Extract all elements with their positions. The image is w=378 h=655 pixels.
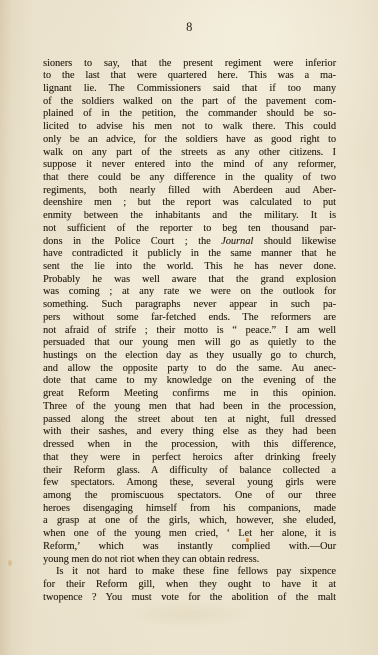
- text-line: enmity between the inhabitants and the m…: [43, 210, 336, 223]
- text-line: with their sashes, and every thing else …: [43, 426, 336, 439]
- text-line: Probably he was well aware that the gran…: [43, 274, 336, 287]
- text-line: walk on any part of the streets as any o…: [43, 147, 336, 160]
- text-line: something. Such paragraphs never appear …: [43, 299, 336, 312]
- text-line: Three of the young men that had been in …: [43, 401, 336, 414]
- paper-fleck: [246, 538, 249, 542]
- text-line: was coming ; at any rate we were on the …: [43, 286, 336, 299]
- text-line: hustings on the election day as they usu…: [43, 350, 336, 363]
- text-block: sioners to say, that the present regimen…: [43, 58, 336, 605]
- text-line: twopence ? You must vote for the aboliti…: [43, 592, 336, 605]
- text-line: passed along the street about ten at nig…: [43, 414, 336, 427]
- text-line: for their Reform gill, when they ought t…: [43, 579, 336, 592]
- text-line: that they were in perfect heroics after …: [43, 452, 336, 465]
- text-line: licited to advise his men not to walk th…: [43, 121, 336, 134]
- text-line: lignant lie. The Commissioners said that…: [43, 83, 336, 96]
- text-line: pers without some far-fetched ends. The …: [43, 312, 336, 325]
- text-line: a grasp at one of the girls, which, howe…: [43, 515, 336, 528]
- text-line: dressed when in the procession, with thi…: [43, 439, 336, 452]
- text-line: their Reform glass. A difficulty of bala…: [43, 465, 336, 478]
- paper-stain: [8, 560, 12, 566]
- text-line: deenshire men ; but the report was calcu…: [43, 197, 336, 210]
- text-line: young men do not riot when they can obta…: [43, 554, 336, 567]
- text-line: have contradicted it publicly in the sam…: [43, 248, 336, 261]
- text-line: persuaded that our young men will go as …: [43, 337, 336, 350]
- page-number: 8: [43, 20, 336, 35]
- text-line: only be an advice, for the soldiers have…: [43, 134, 336, 147]
- text-line: that there could be any difference in th…: [43, 172, 336, 185]
- line-segment: dons in the Police Court ; the: [43, 236, 221, 247]
- text-line: sent the lie into the world. This he has…: [43, 261, 336, 274]
- text-line: few spectators. Among these, several you…: [43, 477, 336, 490]
- journal-italic-word: Journal: [221, 236, 253, 247]
- line-segment: should likewise: [253, 236, 336, 247]
- text-line: to the last that were quartered here. Th…: [43, 70, 336, 83]
- text-line: plained of in the petition, the commande…: [43, 108, 336, 121]
- text-line: not afraid of strife ; their motto is “ …: [43, 325, 336, 338]
- text-line: when one of the young men cried, ‘ Let h…: [43, 528, 336, 541]
- text-line: dote that came to my knowledge on the ev…: [43, 375, 336, 388]
- text-line: suppose it never entered into the mind o…: [43, 159, 336, 172]
- text-line: dons in the Police Court ; the Journal s…: [43, 236, 336, 249]
- scanned-book-page: 8 sioners to say, that the present regim…: [0, 0, 378, 655]
- text-line: sioners to say, that the present regimen…: [43, 58, 336, 71]
- text-line: heroes disengaging himself from his comp…: [43, 503, 336, 516]
- text-line: Is it not hard to make these fine fellow…: [43, 566, 336, 579]
- text-line: of the soldiers walked on the part of th…: [43, 96, 336, 109]
- text-line: not sufficient of the reporter to beg te…: [43, 223, 336, 236]
- text-line: among the promiscuous spectators. One of…: [43, 490, 336, 503]
- text-line: regiments, both nearly filled with Aberd…: [43, 185, 336, 198]
- text-line: Reform,’ which was instantly complied wi…: [43, 541, 336, 554]
- text-line: great Reform Meeting confirms me in this…: [43, 388, 336, 401]
- text-line: and allow the opposite party to do the s…: [43, 363, 336, 376]
